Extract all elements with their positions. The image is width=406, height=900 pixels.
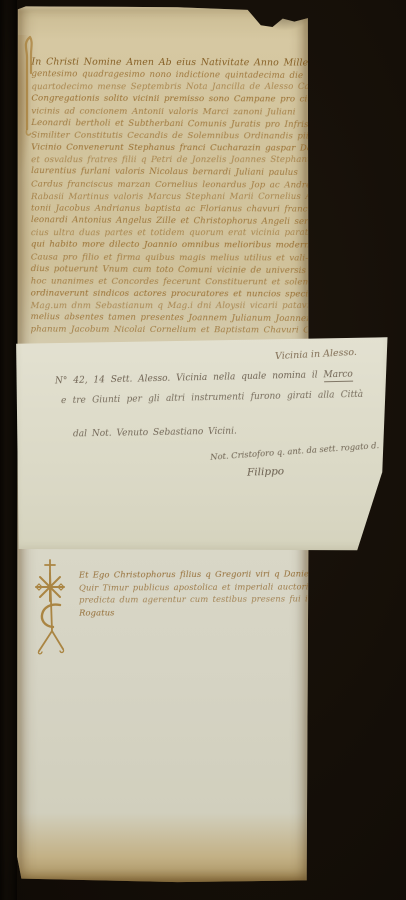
slip-signature-name: Filippo [247, 465, 285, 478]
manuscript-line: hoc unanimes et Concordes fecerunt Const… [31, 275, 308, 288]
manuscript-line: Causa pro filio et firma quibus magis me… [31, 251, 308, 264]
torn-notch-stain [255, 5, 315, 31]
manuscript-line: qui habito more dilecto Joannio omnibus … [31, 239, 308, 252]
notarial-line: Et Ego Christophorus filius q Gregorii v… [79, 567, 315, 581]
manuscript-line: Vicinio Convenerunt Stephanus franci Cuc… [31, 142, 308, 155]
manuscript-line: Congregationis solito vicinii premisso s… [31, 93, 308, 106]
manuscript-line: Rabasii Martinus valoris Marcus Stephani… [31, 191, 308, 203]
manuscript-line: ordinaverunt sindicos actores procurator… [31, 287, 308, 300]
scanned-document: In Christi Nomine Amen Ab eius Nativitat… [0, 0, 406, 900]
slip-note-line-3: dal Not. Venuto Sebastiano Vicini. [73, 427, 237, 440]
manuscript-text-block: In Christi Nomine Amen Ab eius Nativitat… [30, 57, 308, 350]
notary-sign-icon [27, 557, 73, 661]
book-spine [0, 0, 17, 900]
manuscript-line: phanum Jacobum Nicolai Cornelium et Bapt… [31, 324, 308, 337]
manuscript-line: cius ultra duas partes et totidem quorum… [31, 227, 308, 239]
notarial-line: Quir Timur publicus apostolica et imperi… [79, 580, 315, 594]
slip-underlined-name: Marco [323, 370, 353, 383]
slip-note-line-2: e tre Giunti per gli altri instrumenti f… [61, 390, 363, 406]
slip-signature-line: Not. Cristoforo q. ant. da sett. rogato … [210, 440, 380, 462]
slip-note-line-1: N° 42, 14 Sett. Alesso. Vicinia nella qu… [55, 370, 353, 387]
notarial-line: predicta dum agerentur cum testibus pres… [79, 593, 315, 607]
manuscript-line: Cardus franciscus marzan Cornelius leona… [31, 178, 308, 191]
manuscript-line: vicinis ad concionem Antonii valoris Mar… [31, 105, 308, 118]
manuscript-line: quartodecimo mense Septembris Nota Janci… [31, 81, 308, 93]
notarial-line: Rogatus [79, 605, 315, 619]
notarial-subscription: Et Ego Christophorus filius q Gregorii v… [79, 567, 315, 619]
slip-note-line-1-text: N° 42, 14 Sett. Alesso. Vicinia nella qu… [55, 370, 324, 386]
archival-slip: Vicinia in Alesso. N° 42, 14 Sett. Aless… [15, 336, 389, 552]
slip-corner-note: Vicinia in Alesso. [275, 347, 357, 362]
manuscript-line: Similiter Constitutis Cecandis de Solemn… [31, 129, 308, 142]
